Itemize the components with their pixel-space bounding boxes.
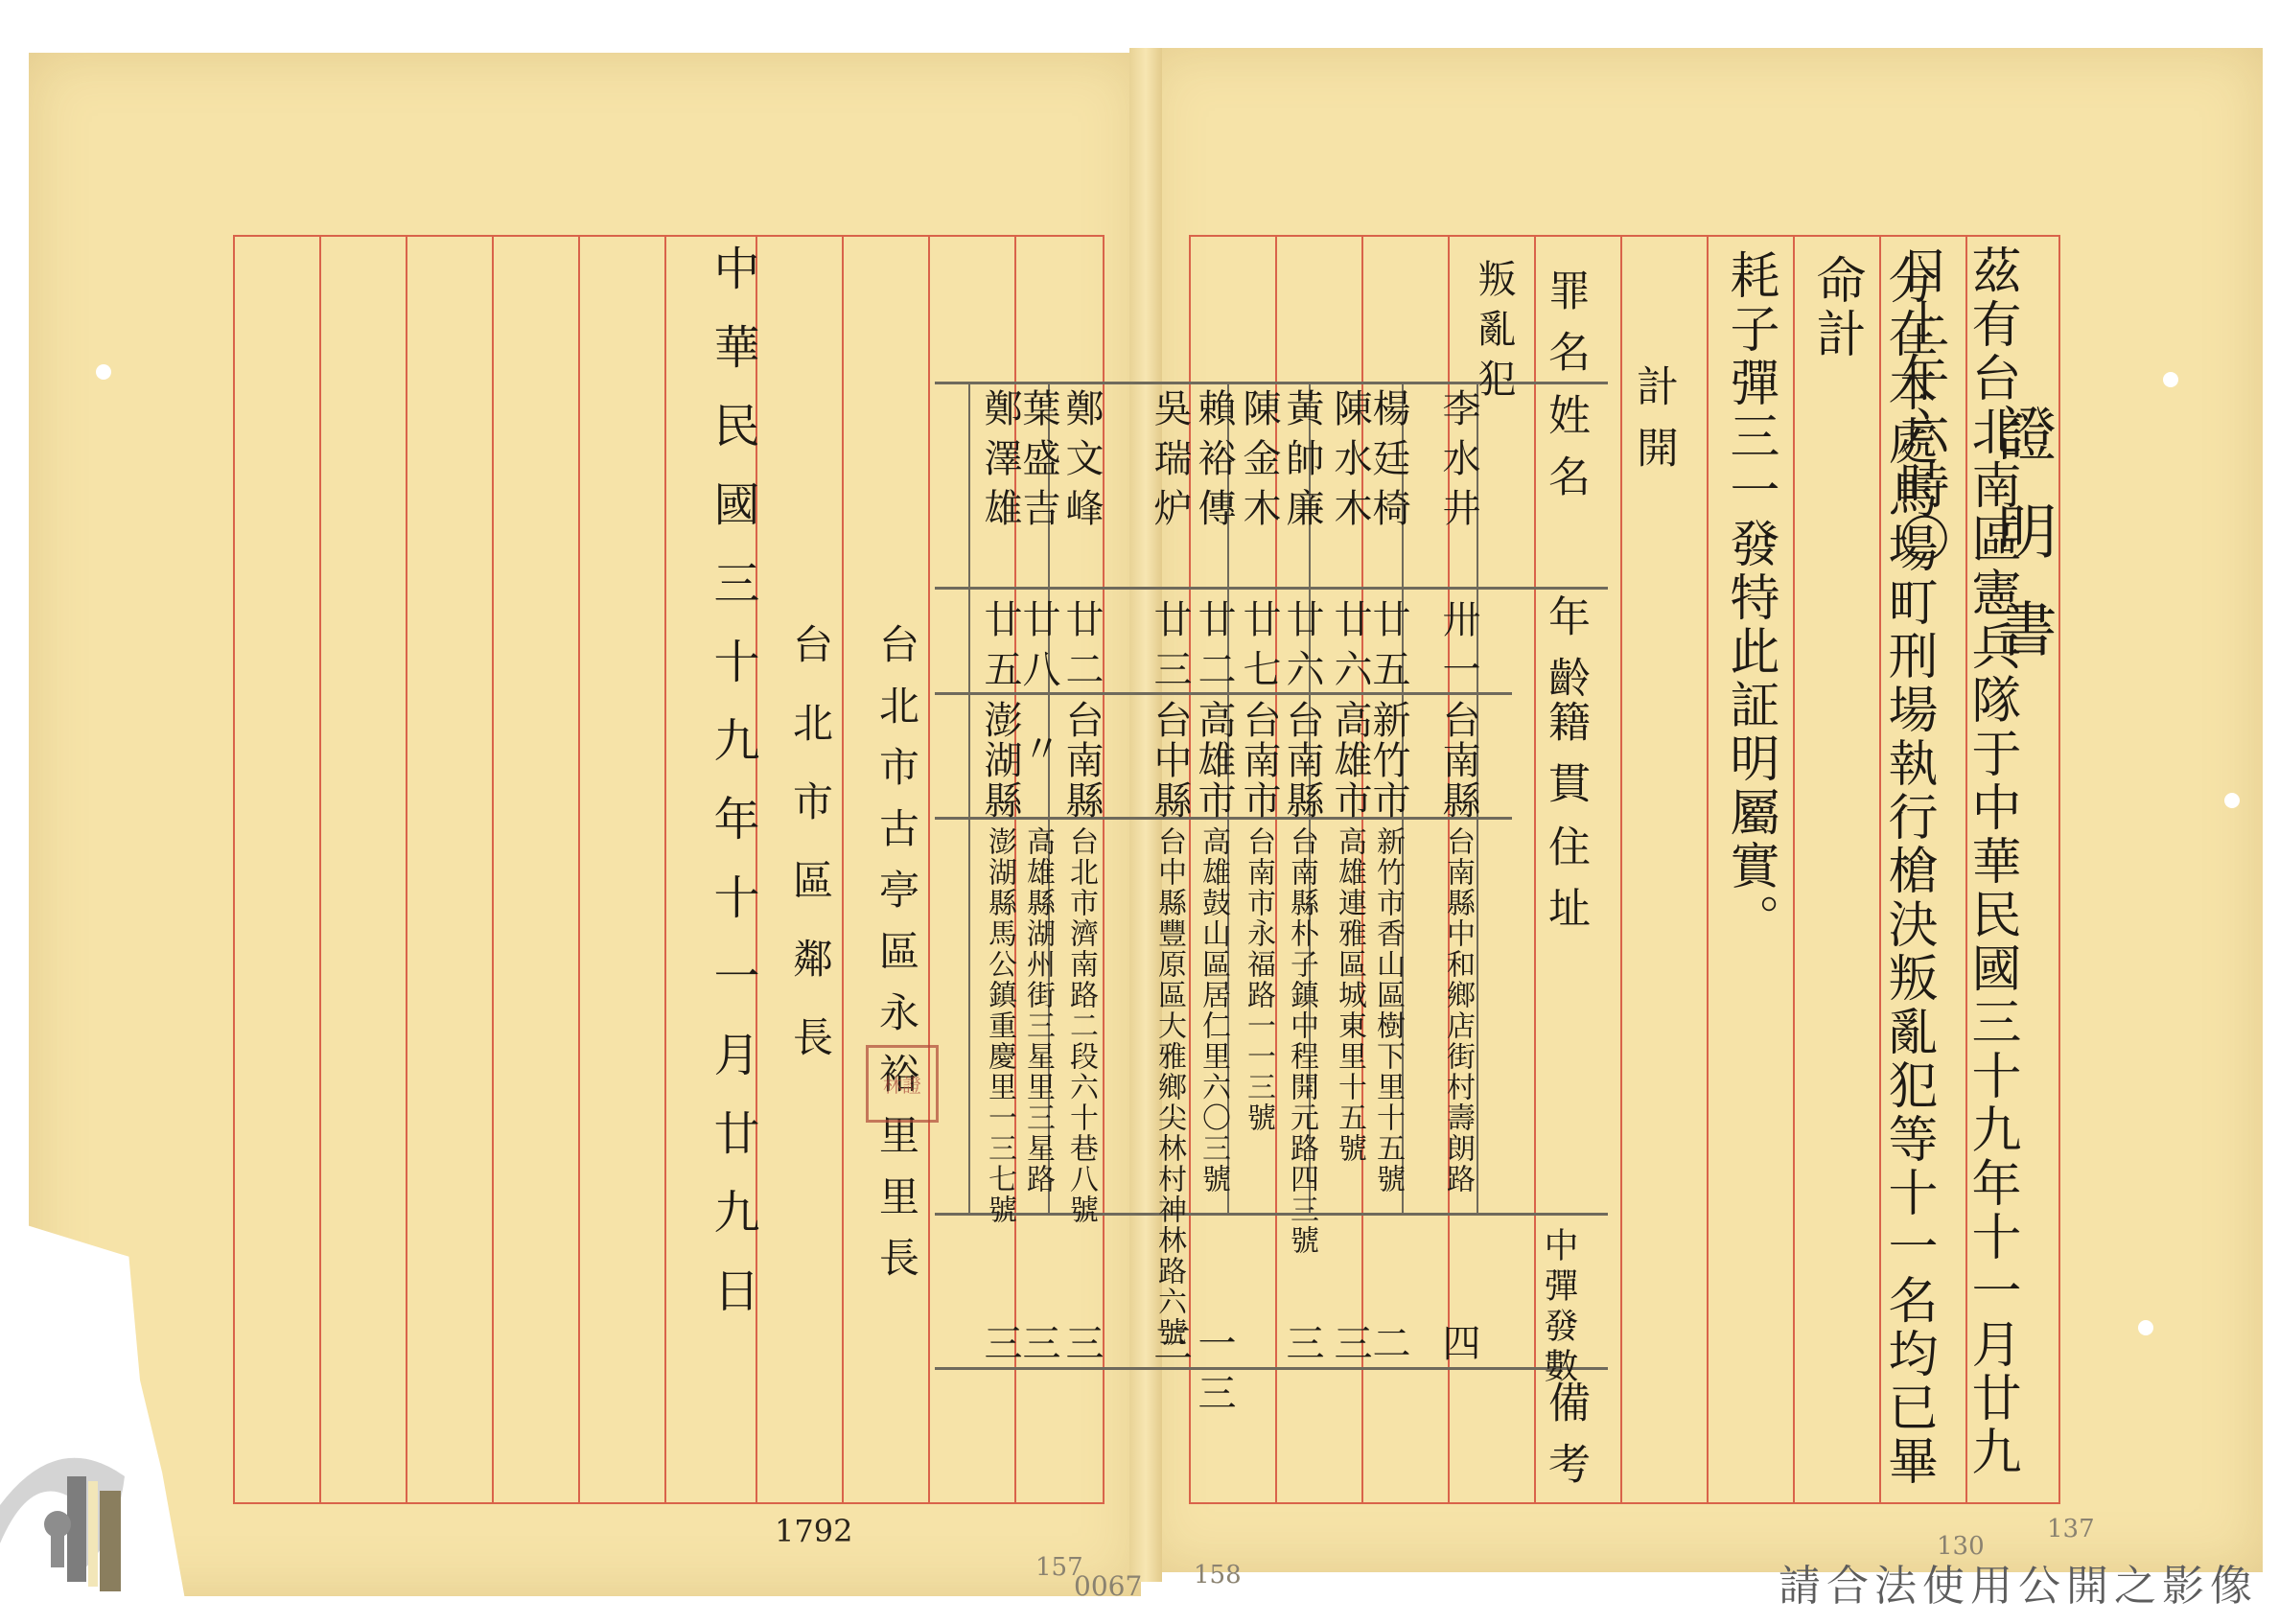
shots-cell: 三 [1143, 1323, 1198, 1373]
address-cell: 澎湖縣馬公鎮重慶里一三七號 [978, 826, 1020, 1225]
origin-cell: 台中縣 [1143, 700, 1198, 821]
pencil-mark: 137 [2047, 1515, 2095, 1543]
punch-hole [2224, 793, 2240, 808]
pencil-mark: 0067 [1074, 1570, 1142, 1602]
archive-logo-icon [0, 1438, 173, 1620]
header-age: 年齡 [1534, 594, 1595, 717]
list-heading: 計開 [1622, 364, 1684, 487]
body-line-2: 分在本處馬場町刑場執行槍決叛亂犯等十一名均已畢命計 [1801, 254, 1944, 1500]
origin-cell: 高雄市 [1323, 700, 1378, 821]
address-cell: 高雄連雅區城東里十五號 [1328, 826, 1370, 1164]
header-crime: 罪名 [1534, 268, 1595, 391]
address-cell: 台北市濟南路二段六十巷八號 [1059, 826, 1102, 1225]
age-cell: 廿三 [1143, 599, 1198, 699]
address-cell: 高雄縣湖州街三星里三星路 [1016, 826, 1058, 1195]
document-date: 中華民國三十九年十一月廿九日 [700, 244, 766, 1491]
address-cell: 台南縣朴子鎮中程開元路四三號 [1280, 826, 1322, 1256]
crime-value: 叛亂犯 [1467, 259, 1522, 408]
body-line-3: 耗子彈三一發特此証明屬實。 [1714, 249, 1786, 1112]
address-cell: 台南市永福路一一三號 [1237, 826, 1279, 1133]
shots-cell: 三 [1323, 1323, 1378, 1373]
ruling-line [664, 235, 666, 1502]
header-origin: 籍貫 [1534, 700, 1595, 823]
signature-neighborhood-chief: 台北市區鄰長 [781, 623, 839, 1095]
official-seal: 林證 [866, 1045, 939, 1123]
address-cell: 台中縣豐原區大雅鄉尖林村神林路六號 [1148, 826, 1190, 1348]
header-address: 住址 [1534, 824, 1595, 947]
age-cell: 廿六 [1323, 599, 1378, 699]
ruling-line [406, 235, 407, 1502]
header-remarks: 備考 [1534, 1380, 1595, 1503]
age-cell: 卅一 [1431, 599, 1486, 699]
name-cell: 李水井 [1431, 388, 1486, 538]
table-grid-line [935, 587, 1608, 590]
ruling-line [928, 235, 930, 1502]
shots-cell: 三 [973, 1323, 1028, 1373]
ruling-line [578, 235, 580, 1502]
header-shots: 中彈發數 [1534, 1227, 1583, 1388]
origin-cell: 澎湖縣 [973, 700, 1028, 821]
address-cell: 高雄鼓山區居仁里六〇三號 [1192, 826, 1234, 1195]
ruling-line [1707, 235, 1709, 1502]
name-cell: 鄭澤雄 [973, 388, 1028, 538]
punch-hole [2163, 372, 2178, 387]
punch-hole [2138, 1320, 2153, 1335]
punch-hole [96, 364, 111, 380]
ruling-line [842, 235, 844, 1502]
name-cell: 陳水木 [1323, 388, 1378, 538]
table-grid-line [935, 1213, 1608, 1216]
origin-cell: 台南縣 [1431, 700, 1486, 821]
address-cell: 台南縣中和鄉店街村壽朗路 [1436, 826, 1478, 1195]
seal-text: 林證 [883, 1070, 921, 1098]
pencil-mark: 158 [1194, 1561, 1242, 1589]
signature-village-chief: 台北市古亭區永裕里里長 [868, 623, 925, 1298]
header-name: 姓名 [1534, 393, 1595, 516]
ruling-line [492, 235, 494, 1502]
page-number: 1792 [775, 1513, 852, 1549]
name-cell: 吳瑞炉 [1143, 388, 1198, 538]
address-cell: 新竹市香山區樹下里十五號 [1366, 826, 1408, 1195]
age-cell: 廿五 [973, 599, 1028, 699]
ruling-line [1793, 235, 1795, 1502]
shots-cell: 四 [1431, 1323, 1486, 1373]
table-grid-line [968, 382, 970, 1216]
shots-cell: 三 [1275, 1323, 1330, 1373]
ruling-line [319, 235, 321, 1502]
usage-watermark: 請合法使用公開之影像 [1779, 1551, 2258, 1612]
